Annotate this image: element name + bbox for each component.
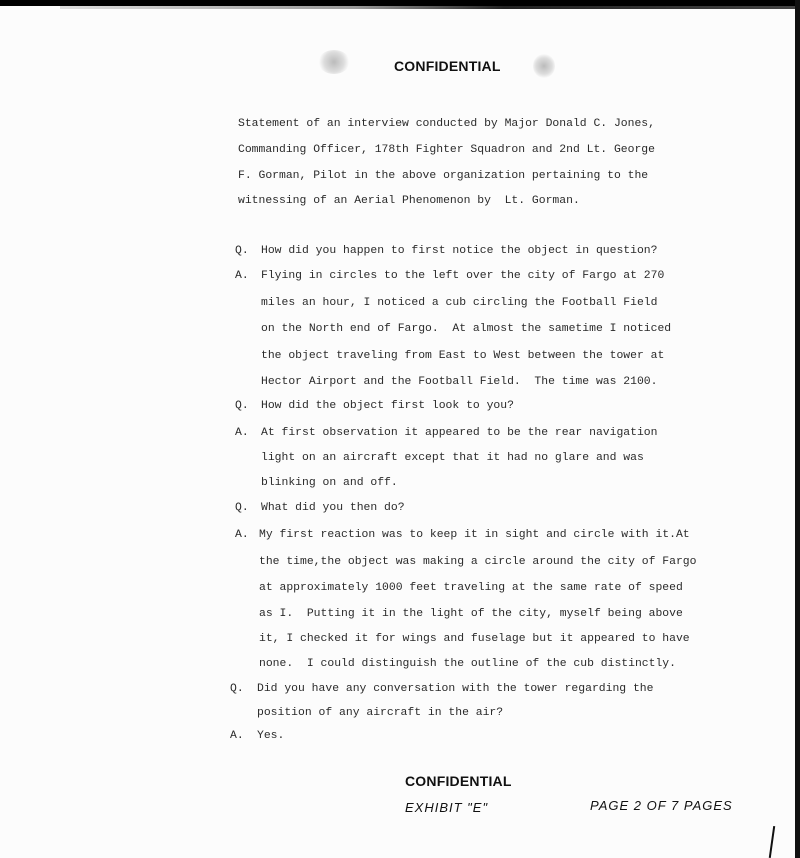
intro-line: witnessing of an Aerial Phenomenon by Lt…: [238, 195, 580, 207]
page-number: PAGE 2 OF 7 PAGES: [590, 798, 733, 813]
answer-marker: A.: [235, 427, 249, 439]
answer-line: Hector Airport and the Football Field. T…: [261, 376, 657, 388]
answer-line: the time,the object was making a circle …: [259, 556, 696, 568]
answer-line: the object traveling from East to West b…: [261, 350, 664, 362]
answer-marker: A.: [235, 529, 249, 541]
ink-smudge-left: [318, 50, 350, 74]
answer-line: blinking on and off.: [261, 477, 398, 489]
scan-right-border: [795, 0, 800, 858]
ink-smudge-right: [533, 54, 555, 78]
question-marker: Q.: [235, 400, 249, 412]
answer-line: none. I could distinguish the outline of…: [259, 658, 676, 670]
question-line: How did you happen to first notice the o…: [261, 245, 657, 257]
question-marker: Q.: [230, 683, 244, 695]
answer-line: on the North end of Fargo. At almost the…: [261, 323, 671, 335]
answer-line: miles an hour, I noticed a cub circling …: [261, 297, 657, 309]
question-line: position of any aircraft in the air?: [257, 707, 503, 719]
question-line: How did the object first look to you?: [261, 400, 514, 412]
intro-line: F. Gorman, Pilot in the above organizati…: [238, 170, 648, 182]
question-line: Did you have any conversation with the t…: [257, 683, 653, 695]
answer-line: at approximately 1000 feet traveling at …: [259, 582, 683, 594]
answer-line: it, I checked it for wings and fuselage …: [259, 633, 690, 645]
question-line: What did you then do?: [261, 502, 405, 514]
answer-line: At first observation it appeared to be t…: [261, 427, 657, 439]
answer-marker: A.: [230, 730, 244, 742]
question-marker: Q.: [235, 502, 249, 514]
answer-line: light on an aircraft except that it had …: [261, 452, 644, 464]
footer-classification: CONFIDENTIAL: [405, 773, 512, 789]
intro-line: Statement of an interview conducted by M…: [238, 118, 655, 130]
answer-marker: A.: [235, 270, 249, 282]
scan-top-edge: [60, 6, 800, 9]
answer-line: Yes.: [257, 730, 284, 742]
header-classification: CONFIDENTIAL: [394, 58, 501, 74]
question-marker: Q.: [235, 245, 249, 257]
answer-line: My first reaction was to keep it in sigh…: [259, 529, 690, 541]
pencil-mark: [769, 826, 775, 858]
answer-line: Flying in circles to the left over the c…: [261, 270, 664, 282]
intro-line: Commanding Officer, 178th Fighter Squadr…: [238, 144, 655, 156]
exhibit-label: EXHIBIT "E": [405, 800, 488, 815]
answer-line: as I. Putting it in the light of the cit…: [259, 608, 683, 620]
